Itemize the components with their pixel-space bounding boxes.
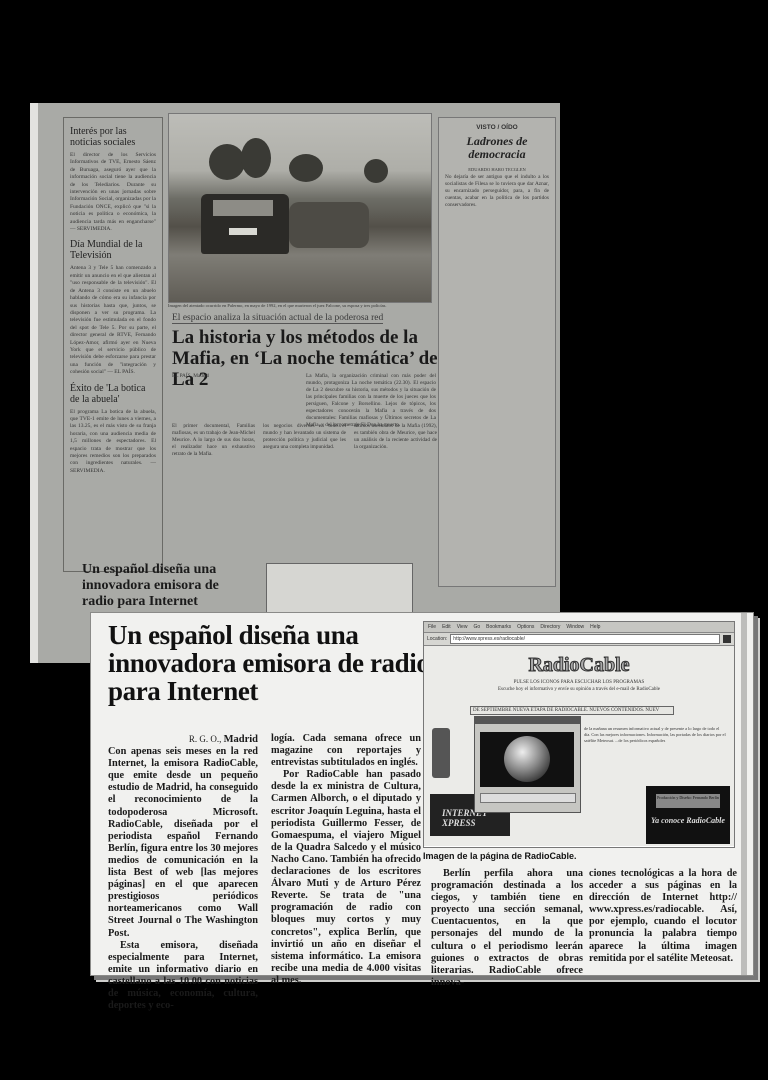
brief-body: Antena 3 y Tele 5 han comenzado a emitir… xyxy=(70,265,156,376)
menu-item: Options xyxy=(517,622,534,632)
menu-item: File xyxy=(428,622,436,632)
screenshot-caption: Imagen de la página de RadioCable. xyxy=(423,851,577,861)
news-text: de la mañana un resumen informativo actu… xyxy=(584,726,726,744)
brief-body: El director de los Servicios Informativo… xyxy=(70,152,156,233)
article-kicker: El espacio analiza la situación actual d… xyxy=(172,313,383,324)
radiocable-page: RadioCable PULSE LOS ICONOS PARA ESCUCHA… xyxy=(424,646,734,846)
location-label: Location: xyxy=(427,636,447,642)
earth-globe-icon xyxy=(504,736,550,782)
opinion-title: Ladrones de democracia xyxy=(445,135,549,161)
article-column-4: ciones tecnológicas a la hora de acceder… xyxy=(589,868,737,965)
byline-city: Madrid xyxy=(224,734,258,745)
page-subtagline: Escuche hoy el informativo y envíe su op… xyxy=(424,687,734,692)
microphone-icon xyxy=(432,728,450,778)
player-titlebar xyxy=(475,717,580,724)
byline: EL PAÍS, Madrid xyxy=(172,373,209,379)
menu-item: Bookmarks xyxy=(486,622,511,632)
radiocable-web-screenshot: File Edit View Go Bookmarks Options Dire… xyxy=(423,621,735,848)
player-controls xyxy=(480,793,576,803)
mafia-lead-text: La Mafia, la organización criminal con m… xyxy=(306,373,436,429)
radiocable-logo: RadioCable xyxy=(424,654,734,677)
menu-item: Directory xyxy=(540,622,560,632)
opinion-author: EDUARDO HARO TECGLEN xyxy=(445,167,549,172)
brief-body: El programa La botica de la abuela, que … xyxy=(70,409,156,476)
wreckage-shape xyxy=(289,202,369,248)
paragraph: Esta emisora, diseñada especialmente par… xyxy=(108,940,258,1013)
media-player-window xyxy=(474,716,581,813)
url-field: http://www.xpress.es/radiocable/ xyxy=(450,634,720,644)
article-column-3: Berlín perfila ahora una programación de… xyxy=(431,868,583,989)
menu-item: Edit xyxy=(442,622,451,632)
mafia-article-columns: El primer documental, Familias mafiosas,… xyxy=(172,423,437,458)
radiocable-credits-banner: Producción y Diseño: Fernando Berlín Ya … xyxy=(646,786,730,844)
browser-location-bar: Location: http://www.xpress.es/radiocabl… xyxy=(424,633,734,646)
page-edge-shadow xyxy=(741,613,747,975)
opinion-body: No dejaría de ser antiguo que el indulto… xyxy=(445,174,549,209)
newspaper-clipping: Un español diseña una innovadora emisora… xyxy=(90,612,754,976)
mafia-attack-photo xyxy=(168,113,432,303)
banner-logo: Ya conoce RadioCable xyxy=(646,816,730,825)
paragraph: Berlín perfila ahora una programación de… xyxy=(431,868,583,989)
paragraph: ciones tecnológicas a la hora de acceder… xyxy=(589,868,737,965)
menu-item: Go xyxy=(473,622,480,632)
news-briefs-sidebar: Interés por las noticias sociales El dir… xyxy=(63,117,163,572)
tree-shape xyxy=(364,159,388,183)
article-column: últimos asesinatos de la Mafia (1992), e… xyxy=(354,423,437,458)
paragraph: Con apenas seis meses en la red Internet… xyxy=(108,746,258,940)
brief-heading: Día Mundial de la Televisión xyxy=(70,239,156,261)
byline: R. G. O., Madrid xyxy=(108,733,258,746)
secondary-headline: Un español diseña una innovadora emisora… xyxy=(82,562,252,610)
article-column: los negocios diversos en todo el mundo y… xyxy=(263,423,346,458)
tree-shape xyxy=(289,154,323,182)
article-column-1: R. G. O., Madrid Con apenas seis meses e… xyxy=(108,733,258,1012)
license-plate xyxy=(229,228,257,235)
brief-heading: Éxito de 'La botica de la abuela' xyxy=(70,383,156,405)
news-ticker: DE SEPTIEMBRE NUEVA ETAPA DE RADIOCABLE.… xyxy=(470,706,674,715)
menu-item: View xyxy=(457,622,468,632)
clipping-headline: Un español diseña una innovadora emisora… xyxy=(108,621,438,705)
netscape-logo-icon xyxy=(723,635,731,643)
menu-item: Help xyxy=(590,622,600,632)
opinion-column: VISTO / OÍDO Ladrones de democracia EDUA… xyxy=(438,117,556,587)
brief-heading: Interés por las noticias sociales xyxy=(70,126,156,148)
tree-shape xyxy=(209,144,245,180)
browser-menubar: File Edit View Go Bookmarks Options Dire… xyxy=(424,622,734,633)
player-screen xyxy=(480,732,574,787)
car-window xyxy=(213,200,273,216)
paragraph: logía. Cada semana ofrece un magazine co… xyxy=(271,733,421,769)
byline-initials: R. G. O., xyxy=(189,734,222,744)
article-column: El primer documental, Familias mafiosas,… xyxy=(172,423,255,458)
article-column-2: logía. Cada semana ofrece un magazine co… xyxy=(271,733,421,987)
page-tagline: PULSE LOS ICONOS PARA ESCUCHAR LOS PROGR… xyxy=(424,680,734,685)
section-label: VISTO / OÍDO xyxy=(445,124,549,131)
background-newspaper-page: Interés por las noticias sociales El dir… xyxy=(30,103,560,663)
menu-item: Window xyxy=(566,622,584,632)
credits-button: Producción y Diseño: Fernando Berlín xyxy=(656,794,720,808)
paragraph: Por RadioCable han pasado desde la ex mi… xyxy=(271,769,421,987)
tree-shape xyxy=(241,138,271,178)
car-shape xyxy=(201,194,289,254)
photo-caption: Imagen del atentado ocurrido en Palermo,… xyxy=(168,303,430,308)
mafia-lead: EL PAÍS, Madrid xyxy=(172,373,302,380)
